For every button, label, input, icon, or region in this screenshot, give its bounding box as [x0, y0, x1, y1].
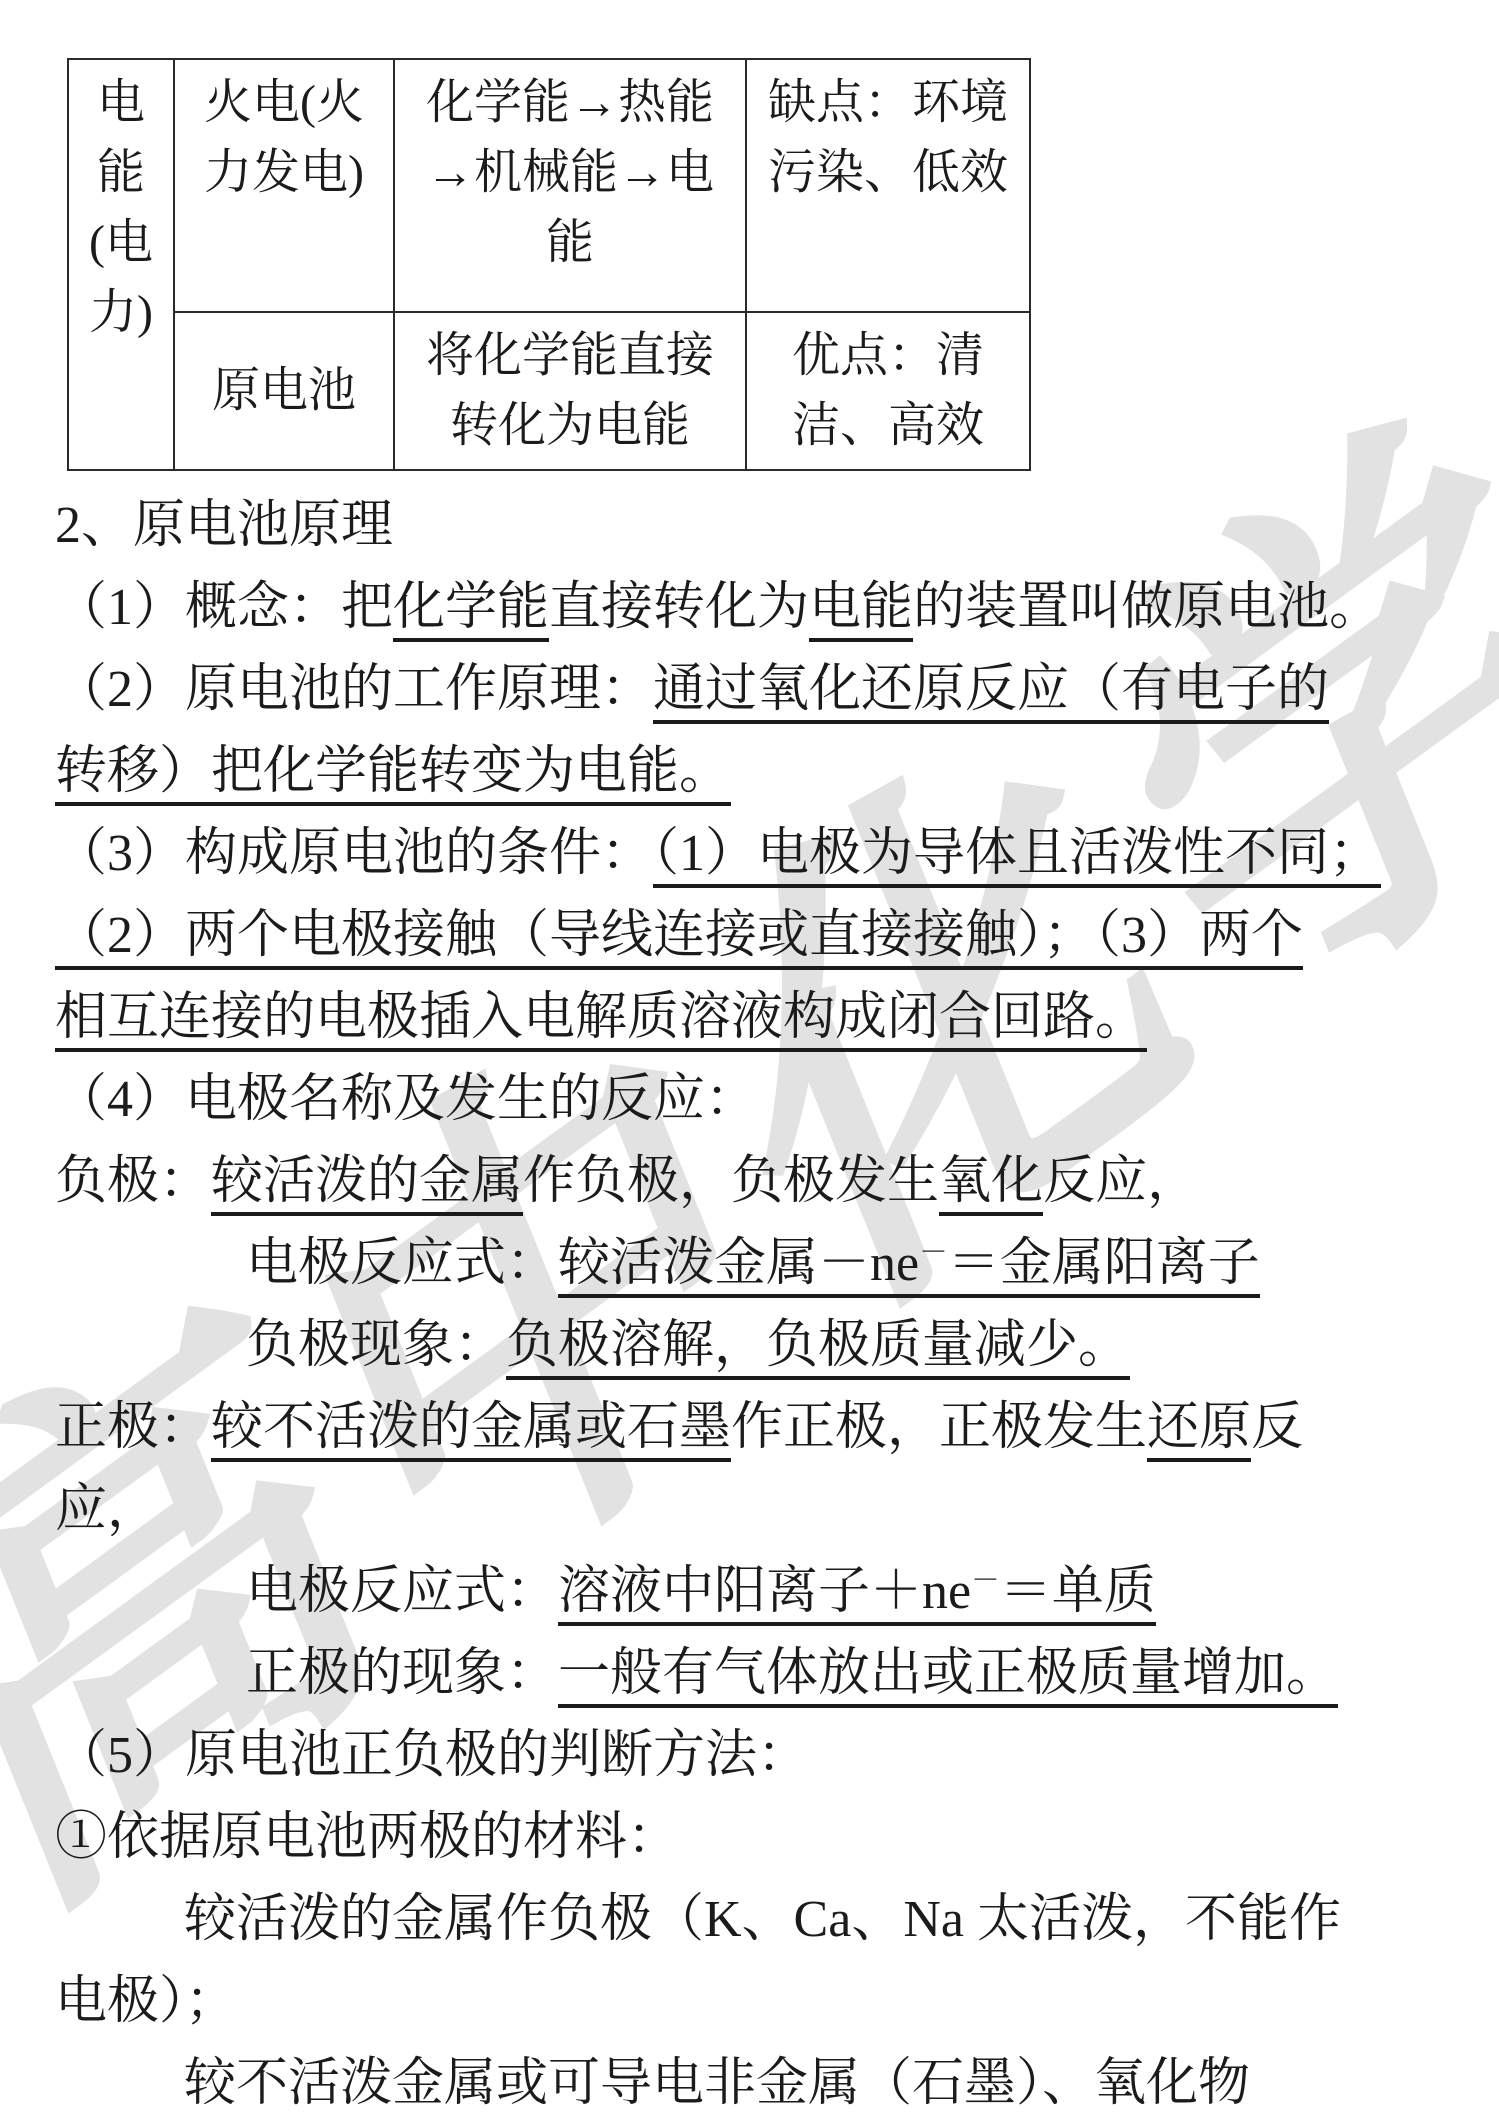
text-line: 正极的现象：一般有气体放出或正极质量增加。: [55, 1633, 1459, 1715]
underlined-text: 化学能: [393, 579, 549, 642]
text-segment: 负极现象：: [246, 1317, 506, 1374]
underlined-text: （2）两个电极接触（导线连接或直接接触）；（3）两个: [55, 907, 1303, 970]
table-cell-thermal-power: 火电(火力发电): [174, 59, 394, 312]
underlined-text: 氧化: [939, 1153, 1043, 1216]
underlined-text: 转移）把化学能转变为电能。: [55, 743, 731, 806]
text-line: 较不活泼金属或可导电非金属（石墨）、氧化物: [55, 2043, 1459, 2121]
table-cell-thermal-conversion: 化学能→热能→机械能→电能: [394, 59, 746, 312]
energy-conversion-table: 电能(电力) 火电(火力发电) 化学能→热能→机械能→电能 缺点：环境污染、低效…: [67, 58, 1031, 471]
text-segment: （4）电极名称及发生的反应：: [55, 1071, 757, 1128]
text-segment: 较活泼金属－ne: [558, 1235, 919, 1292]
text-segment: 应，: [55, 1481, 159, 1538]
underlined-text: 相互连接的电极插入电解质溶液构成闭合回路。: [55, 989, 1147, 1052]
text-line: 正极：较不活泼的金属或石墨作正极，正极发生还原反: [55, 1387, 1459, 1469]
text-segment: 较活泼的金属: [211, 1153, 523, 1210]
text-segment: （3）构成原电池的条件：: [55, 825, 653, 882]
document-page: { "watermark": { "text": "高中化学", "color"…: [0, 0, 1499, 2121]
text-segment: 电极反应式：: [246, 1235, 558, 1292]
text-line: 电极）；: [55, 1961, 1459, 2043]
text-segment: 通过氧化还原反应（有电子的: [653, 661, 1329, 718]
text-segment: 还原: [1147, 1399, 1251, 1456]
text-line: 相互连接的电极插入电解质溶液构成闭合回路。: [55, 977, 1459, 1059]
text-segment: 化学能: [393, 579, 549, 636]
text-segment: 的装置叫做原电池。: [913, 579, 1381, 636]
text-segment: 作负极，负极发生: [523, 1153, 939, 1210]
text-line: （2）两个电极接触（导线连接或直接接触）；（3）两个: [55, 895, 1459, 977]
table-cell-electric-energy: 电能(电力): [68, 59, 174, 470]
text-segment: 直接转化为: [549, 579, 809, 636]
text-segment: 相互连接的电极插入电解质溶液构成闭合回路。: [55, 989, 1147, 1046]
text-segment: （1）电极为导体且活泼性不同；: [653, 825, 1381, 882]
underlined-text: 还原: [1147, 1399, 1251, 1462]
text-segment: 正极的现象：: [246, 1645, 558, 1702]
text-line: 电极反应式：溶液中阳离子＋ne－＝单质: [55, 1551, 1459, 1633]
table-cell-battery-conversion: 将化学能直接转化为电能: [394, 312, 746, 470]
text-line: （5）原电池正负极的判断方法：: [55, 1715, 1459, 1797]
text-segment: ＝金属阳离子: [948, 1235, 1260, 1292]
text-segment: 溶液中阳离子＋ne: [558, 1563, 971, 1620]
text-segment: 反: [1251, 1399, 1303, 1456]
table-cell-thermal-note: 缺点：环境污染、低效: [746, 59, 1030, 312]
text-segment: 较活泼的金属作负极（K、Ca、Na 太活泼，不能作: [184, 1891, 1341, 1948]
underlined-text: 电能: [809, 579, 913, 642]
text-segment: （2）两个电极接触（导线连接或直接接触）；（3）两个: [55, 907, 1303, 964]
underlined-text: 负极溶解，负极质量减少。: [506, 1317, 1130, 1380]
text-segment: 正极：: [55, 1399, 211, 1456]
table-cell-primary-battery: 原电池: [174, 312, 394, 470]
text-segment: 转移）把化学能转变为电能。: [55, 743, 731, 800]
text-line: （3）构成原电池的条件：（1）电极为导体且活泼性不同；: [55, 813, 1459, 895]
text-line: 负极现象：负极溶解，负极质量减少。: [55, 1305, 1459, 1387]
text-line: 电极反应式：较活泼金属－ne－＝金属阳离子: [55, 1223, 1459, 1305]
text-segment: 较不活泼金属或可导电非金属（石墨）、氧化物: [184, 2055, 1250, 2112]
body-lines: 2、原电池原理（1）概念：把化学能直接转化为电能的装置叫做原电池。（2）原电池的…: [55, 485, 1459, 2121]
underlined-text: 较不活泼的金属或石墨: [211, 1399, 731, 1462]
underlined-text: 一般有气体放出或正极质量增加。: [558, 1645, 1338, 1708]
text-segment: 作正极，正极发生: [731, 1399, 1147, 1456]
text-segment: 电能: [809, 579, 913, 636]
text-line: 转移）把化学能转变为电能。: [55, 731, 1459, 813]
text-segment: ＝单质: [1000, 1563, 1156, 1620]
underlined-text: 溶液中阳离子＋ne－＝单质: [558, 1563, 1156, 1626]
superscript-minus: －: [971, 1566, 1000, 1597]
text-segment: （5）原电池正负极的判断方法：: [55, 1727, 809, 1784]
text-segment: （1）概念：把: [55, 579, 393, 636]
text-line: （2）原电池的工作原理：通过氧化还原反应（有电子的: [55, 649, 1459, 731]
text-line: 2、原电池原理: [55, 485, 1459, 567]
underlined-text: 较活泼的金属: [211, 1153, 523, 1216]
table-cell-battery-note: 优点：清洁、高效: [746, 312, 1030, 470]
text-segment: 反应，: [1043, 1153, 1199, 1210]
underlined-text: 较活泼金属－ne－＝金属阳离子: [558, 1235, 1260, 1298]
text-line: （4）电极名称及发生的反应：: [55, 1059, 1459, 1141]
text-line: 较活泼的金属作负极（K、Ca、Na 太活泼，不能作: [55, 1879, 1459, 1961]
text-segment: 电极）；: [55, 1973, 237, 2030]
text-segment: 氧化: [939, 1153, 1043, 1210]
text-line: 应，: [55, 1469, 1459, 1551]
superscript-minus: －: [919, 1238, 948, 1269]
document-content: 电能(电力) 火电(火力发电) 化学能→热能→机械能→电能 缺点：环境污染、低效…: [0, 0, 1499, 2121]
underlined-text: （1）电极为导体且活泼性不同；: [653, 825, 1381, 888]
text-segment: 较不活泼的金属或石墨: [211, 1399, 731, 1456]
text-segment: （2）原电池的工作原理：: [55, 661, 653, 718]
text-segment: 负极溶解，负极质量减少。: [506, 1317, 1130, 1374]
text-segment: 2、原电池原理: [55, 497, 393, 554]
text-segment: 一般有气体放出或正极质量增加。: [558, 1645, 1338, 1702]
text-segment: 负极：: [55, 1153, 211, 1210]
text-line: ①依据原电池两极的材料：: [55, 1797, 1459, 1879]
text-line: （1）概念：把化学能直接转化为电能的装置叫做原电池。: [55, 567, 1459, 649]
underlined-text: 通过氧化还原反应（有电子的: [653, 661, 1329, 724]
text-line: 负极：较活泼的金属作负极，负极发生氧化反应，: [55, 1141, 1459, 1223]
text-segment: 电极反应式：: [246, 1563, 558, 1620]
text-segment: ①依据原电池两极的材料：: [55, 1809, 679, 1866]
